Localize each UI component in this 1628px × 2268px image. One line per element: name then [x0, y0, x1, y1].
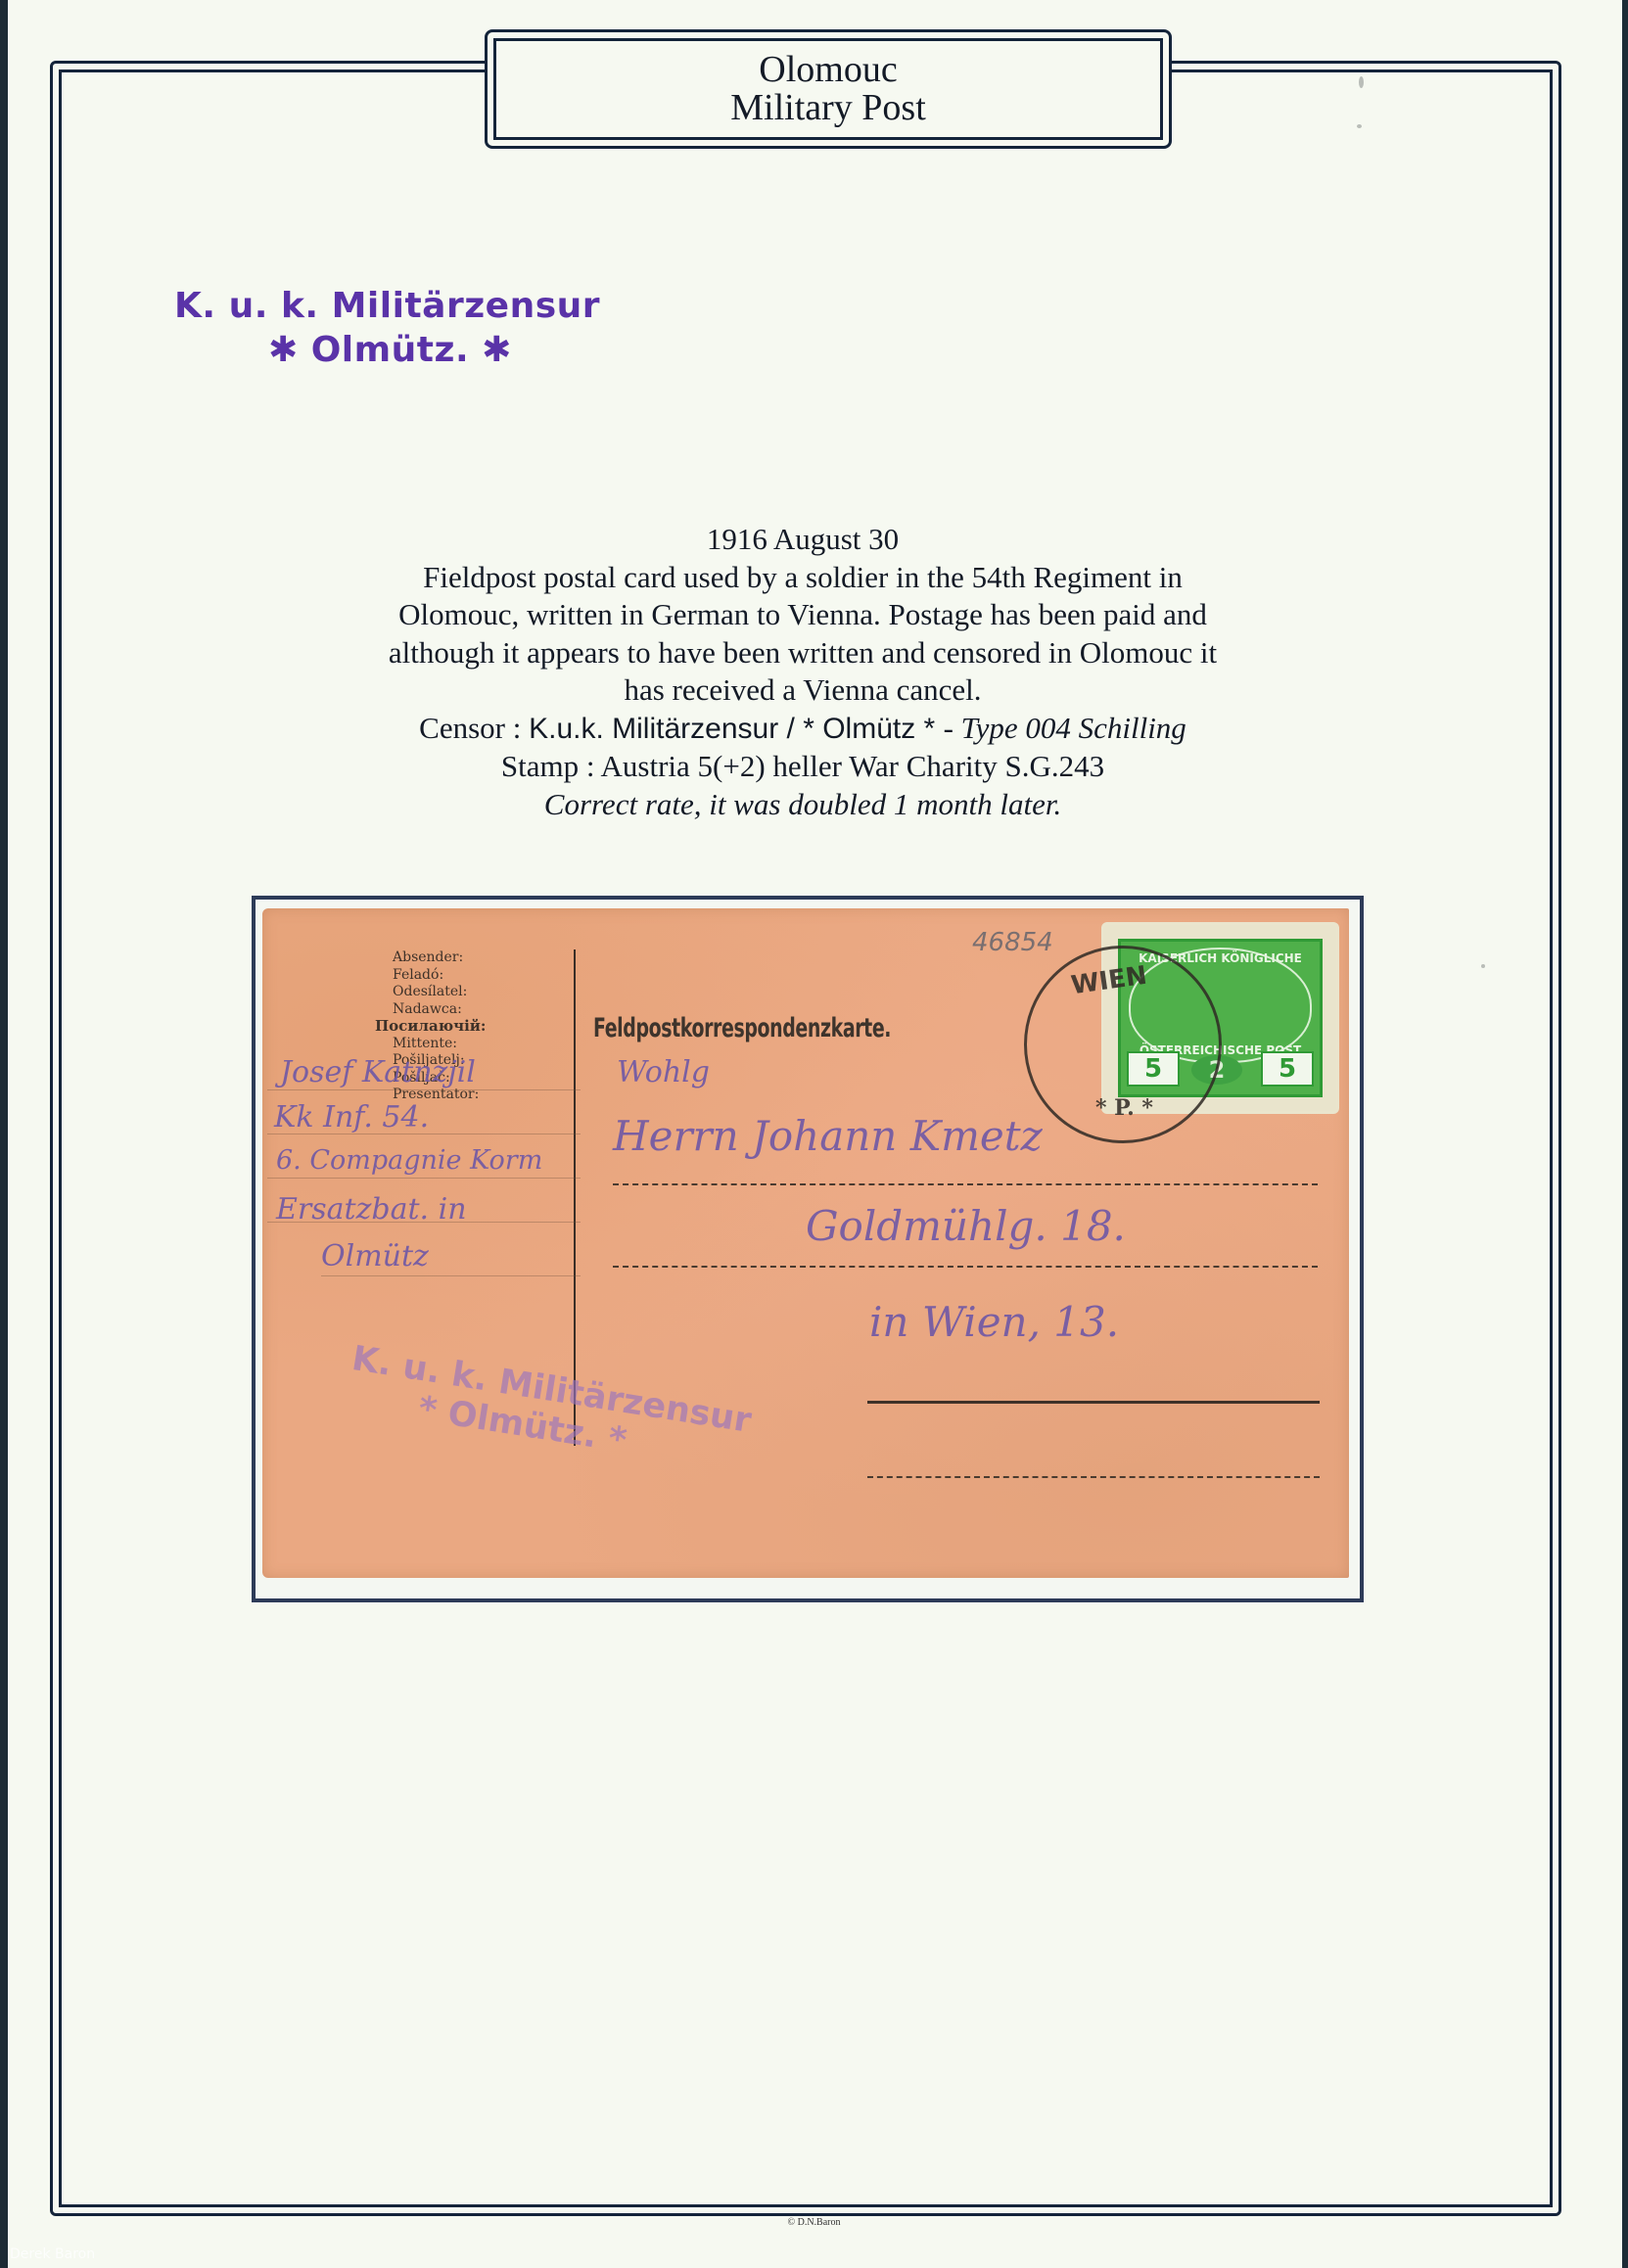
postmark-city: WIEN — [1069, 961, 1148, 1001]
address-handwriting: Wohlg — [617, 1055, 710, 1089]
sender-label: Odesílatel: — [393, 984, 486, 1001]
sender-label: Посилаючій: — [375, 1018, 486, 1036]
address-handwriting: Goldmühlg. 18. — [806, 1202, 1126, 1250]
sender-handwriting: Josef Katnzjil — [280, 1055, 476, 1089]
censor-description: Censor : K.u.k. Militärzensur / * Olmütz… — [196, 710, 1410, 749]
card-title: Feldpostkorrespondenzkarte. — [593, 1013, 891, 1043]
description-line: Olomouc, written in German to Vienna. Po… — [196, 596, 1410, 634]
censor-illustration-line2: ✱ Olmütz. ✱ — [174, 330, 664, 370]
sender-ruled-line — [267, 1178, 581, 1179]
sender-ruled-line — [267, 1089, 581, 1090]
censor-illustration-line1: K. u. k. Militärzensur — [174, 286, 664, 326]
watermark: Derek Baron — [10, 2246, 95, 2262]
description-line: although it appears to have been written… — [196, 634, 1410, 672]
address-line — [613, 1266, 1318, 1268]
inventory-number: 46854 — [972, 928, 1053, 957]
page-title: Olomouc Military Post — [493, 38, 1163, 140]
sender-ruled-line — [321, 1275, 581, 1276]
sender-label: Absender: — [393, 949, 486, 967]
paper-speck — [1481, 964, 1485, 968]
sender-handwriting: 6. Compagnie Korm — [276, 1145, 542, 1176]
address-line — [613, 1183, 1318, 1185]
postcard: 46854 Absender: Feladó: Odesílatel: Nada… — [262, 908, 1349, 1578]
censor-label: Censor : — [419, 711, 529, 745]
description-line: has received a Vienna cancel. — [196, 671, 1410, 710]
page-title-city: Olomouc — [759, 51, 897, 89]
address-handwriting: in Wien, 13. — [869, 1298, 1119, 1346]
censor-stamp-illustration: K. u. k. Militärzensur ✱ Olmütz. ✱ — [174, 286, 664, 370]
postmark-cancel: WIEN * P. * — [1024, 946, 1222, 1143]
card-divider — [574, 949, 576, 1446]
page-title-subject: Military Post — [730, 89, 926, 127]
paper-speck — [1357, 124, 1362, 128]
address-line — [867, 1401, 1320, 1404]
sender-handwriting: Kk Inf. 54. — [274, 1100, 429, 1134]
sender-label: Nadawca: — [393, 1001, 486, 1019]
censor-type: - Type 004 Schilling — [944, 711, 1186, 745]
address-handwriting: Herrn Johann Kmetz — [613, 1112, 1043, 1160]
description-line: Fieldpost postal card used by a soldier … — [196, 559, 1410, 597]
censor-mark: K. u. k. Militärzensur * Olmütz. * — [343, 1339, 754, 1480]
stamp-value-right: 5 — [1261, 1051, 1314, 1087]
scan-edge-left — [0, 0, 8, 2268]
sender-handwriting: Olmütz — [321, 1239, 429, 1273]
address-line — [867, 1476, 1320, 1478]
paper-speck — [1359, 76, 1364, 88]
postmark-bottom: * P. * — [1095, 1095, 1153, 1121]
copyright: © D.N.Baron — [0, 2217, 1628, 2228]
sender-handwriting: Ersatzbat. in — [276, 1192, 467, 1227]
stamp-description: Stamp : Austria 5(+2) heller War Charity… — [196, 748, 1410, 786]
rate-note: Correct rate, it was doubled 1 month lat… — [196, 786, 1410, 824]
sender-label: Mittente: — [393, 1036, 486, 1053]
description-date: 1916 August 30 — [196, 521, 1410, 559]
censor-text: K.u.k. Militärzensur / * Olmütz * — [529, 713, 943, 745]
sender-label: Feladó: — [393, 967, 486, 985]
description-block: 1916 August 30 Fieldpost postal card use… — [196, 521, 1410, 823]
scan-edge-right — [1622, 0, 1628, 2268]
